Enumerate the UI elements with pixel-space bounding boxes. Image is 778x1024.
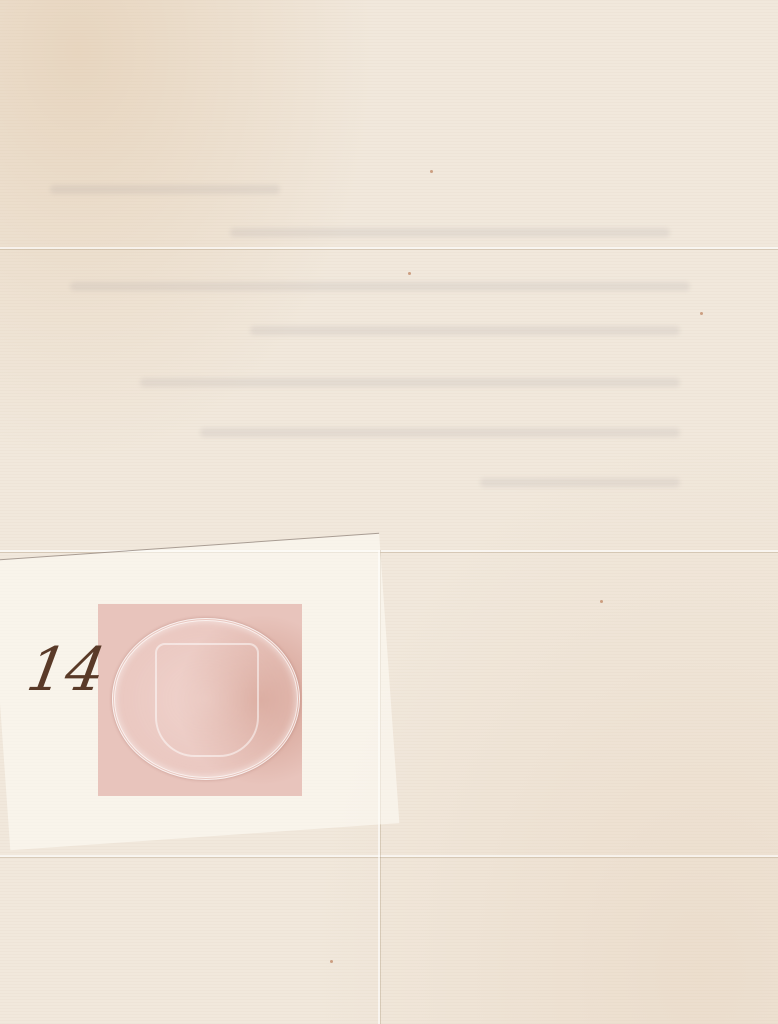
bleed-through-line bbox=[140, 378, 680, 387]
foxing-spot bbox=[600, 600, 603, 603]
fold-line bbox=[0, 855, 778, 857]
bleed-through-line bbox=[250, 326, 680, 335]
bleed-through-line bbox=[230, 228, 670, 237]
bleed-through-line bbox=[480, 478, 680, 487]
bleed-through-line bbox=[200, 428, 680, 437]
bleed-through-line bbox=[50, 185, 280, 194]
foxing-spot bbox=[330, 960, 333, 963]
seal-crest bbox=[155, 643, 259, 757]
foxing-spot bbox=[430, 170, 433, 173]
embossed-seal bbox=[112, 618, 300, 780]
fold-line bbox=[0, 247, 778, 249]
bleed-through-line bbox=[70, 282, 690, 291]
handwritten-mark: 14 bbox=[23, 640, 110, 700]
foxing-spot bbox=[408, 272, 411, 275]
document-page: 14 bbox=[0, 0, 778, 1024]
foxing-spot bbox=[700, 312, 703, 315]
